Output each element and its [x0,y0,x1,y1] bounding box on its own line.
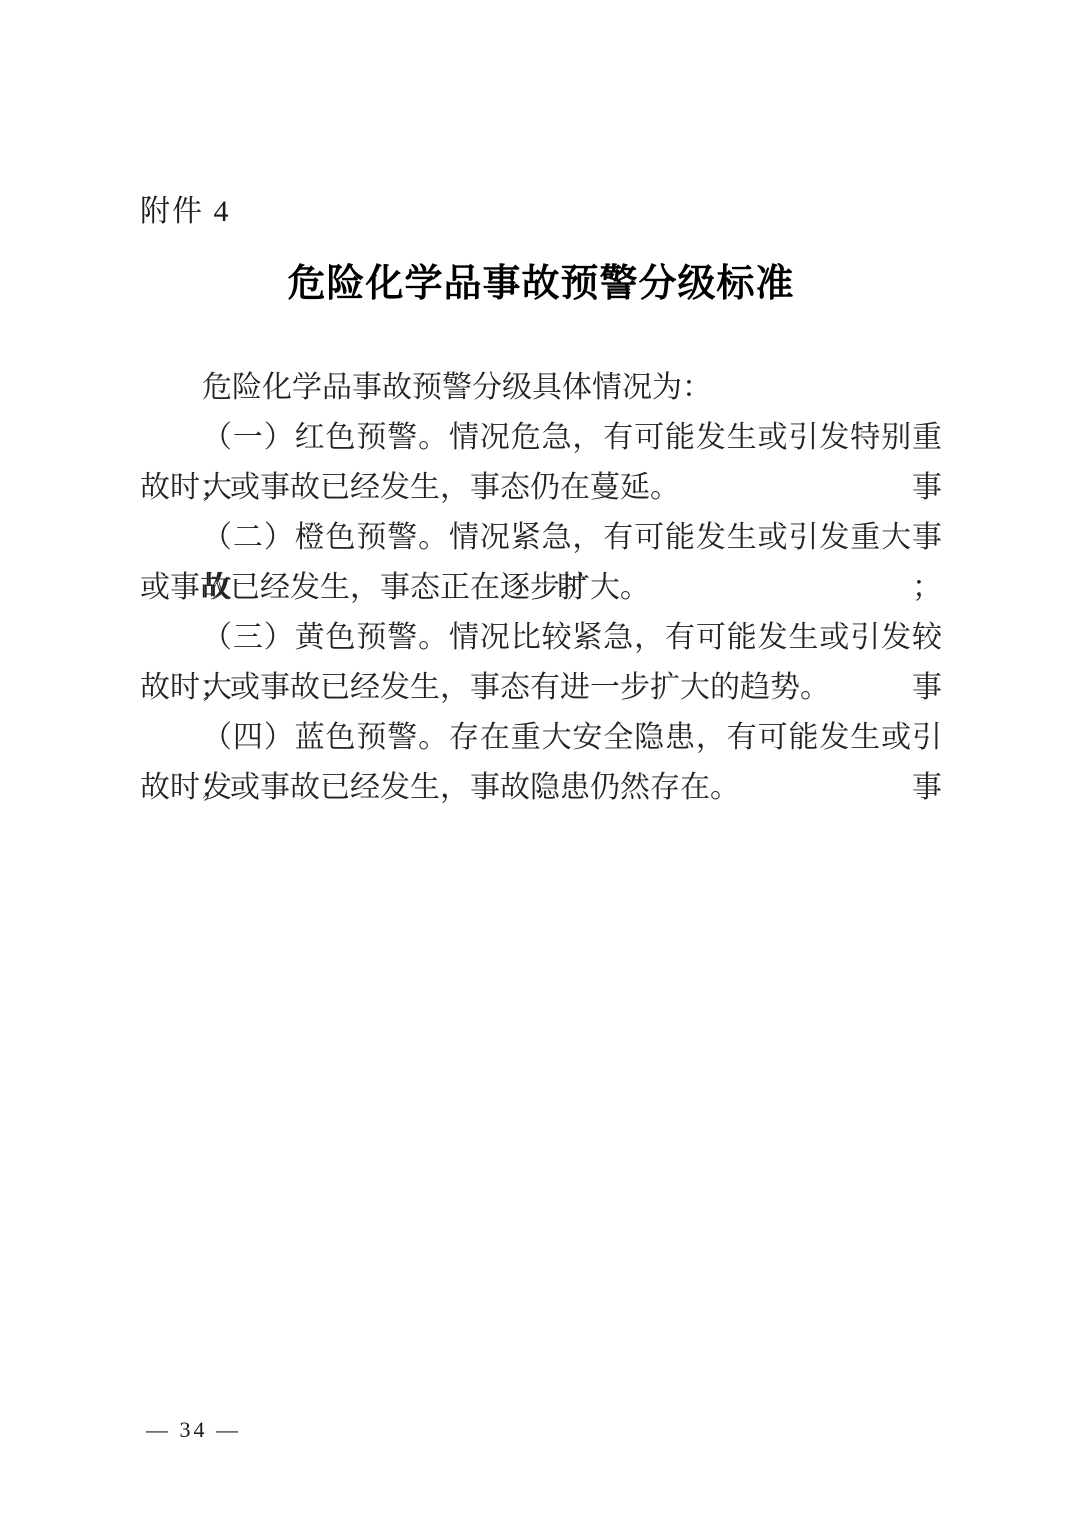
body-line: （四）蓝色预警。存在重大安全隐患，有可能发生或引发事 [140,713,942,763]
body-line: （二）橙色预警。情况紧急，有可能发生或引发重大事故时； [140,513,942,563]
page-title: 危险化学品事故预警分级标准 [140,261,942,307]
body-line: （三）黄色预警。情况比较紧急，有可能发生或引发较大事 [140,613,942,663]
document-body: 危险化学品事故预警分级具体情况为：（一）红色预警。情况危急，有可能发生或引发特别… [140,363,942,813]
body-line: （一）红色预警。情况危急，有可能发生或引发特别重大事 [140,413,942,463]
attachment-label: 附件 4 [140,193,942,231]
document-content: 附件 4 危险化学品事故预警分级标准 危险化学品事故预警分级具体情况为：（一）红… [140,0,942,813]
body-line: 危险化学品事故预警分级具体情况为： [140,363,942,413]
page-number: — 34 — [146,1416,241,1444]
body-line: 故时；或事故已经发生，事态有进一步扩大的趋势。 [140,663,942,713]
document-page: 附件 4 危险化学品事故预警分级标准 危险化学品事故预警分级具体情况为：（一）红… [0,0,1074,1520]
